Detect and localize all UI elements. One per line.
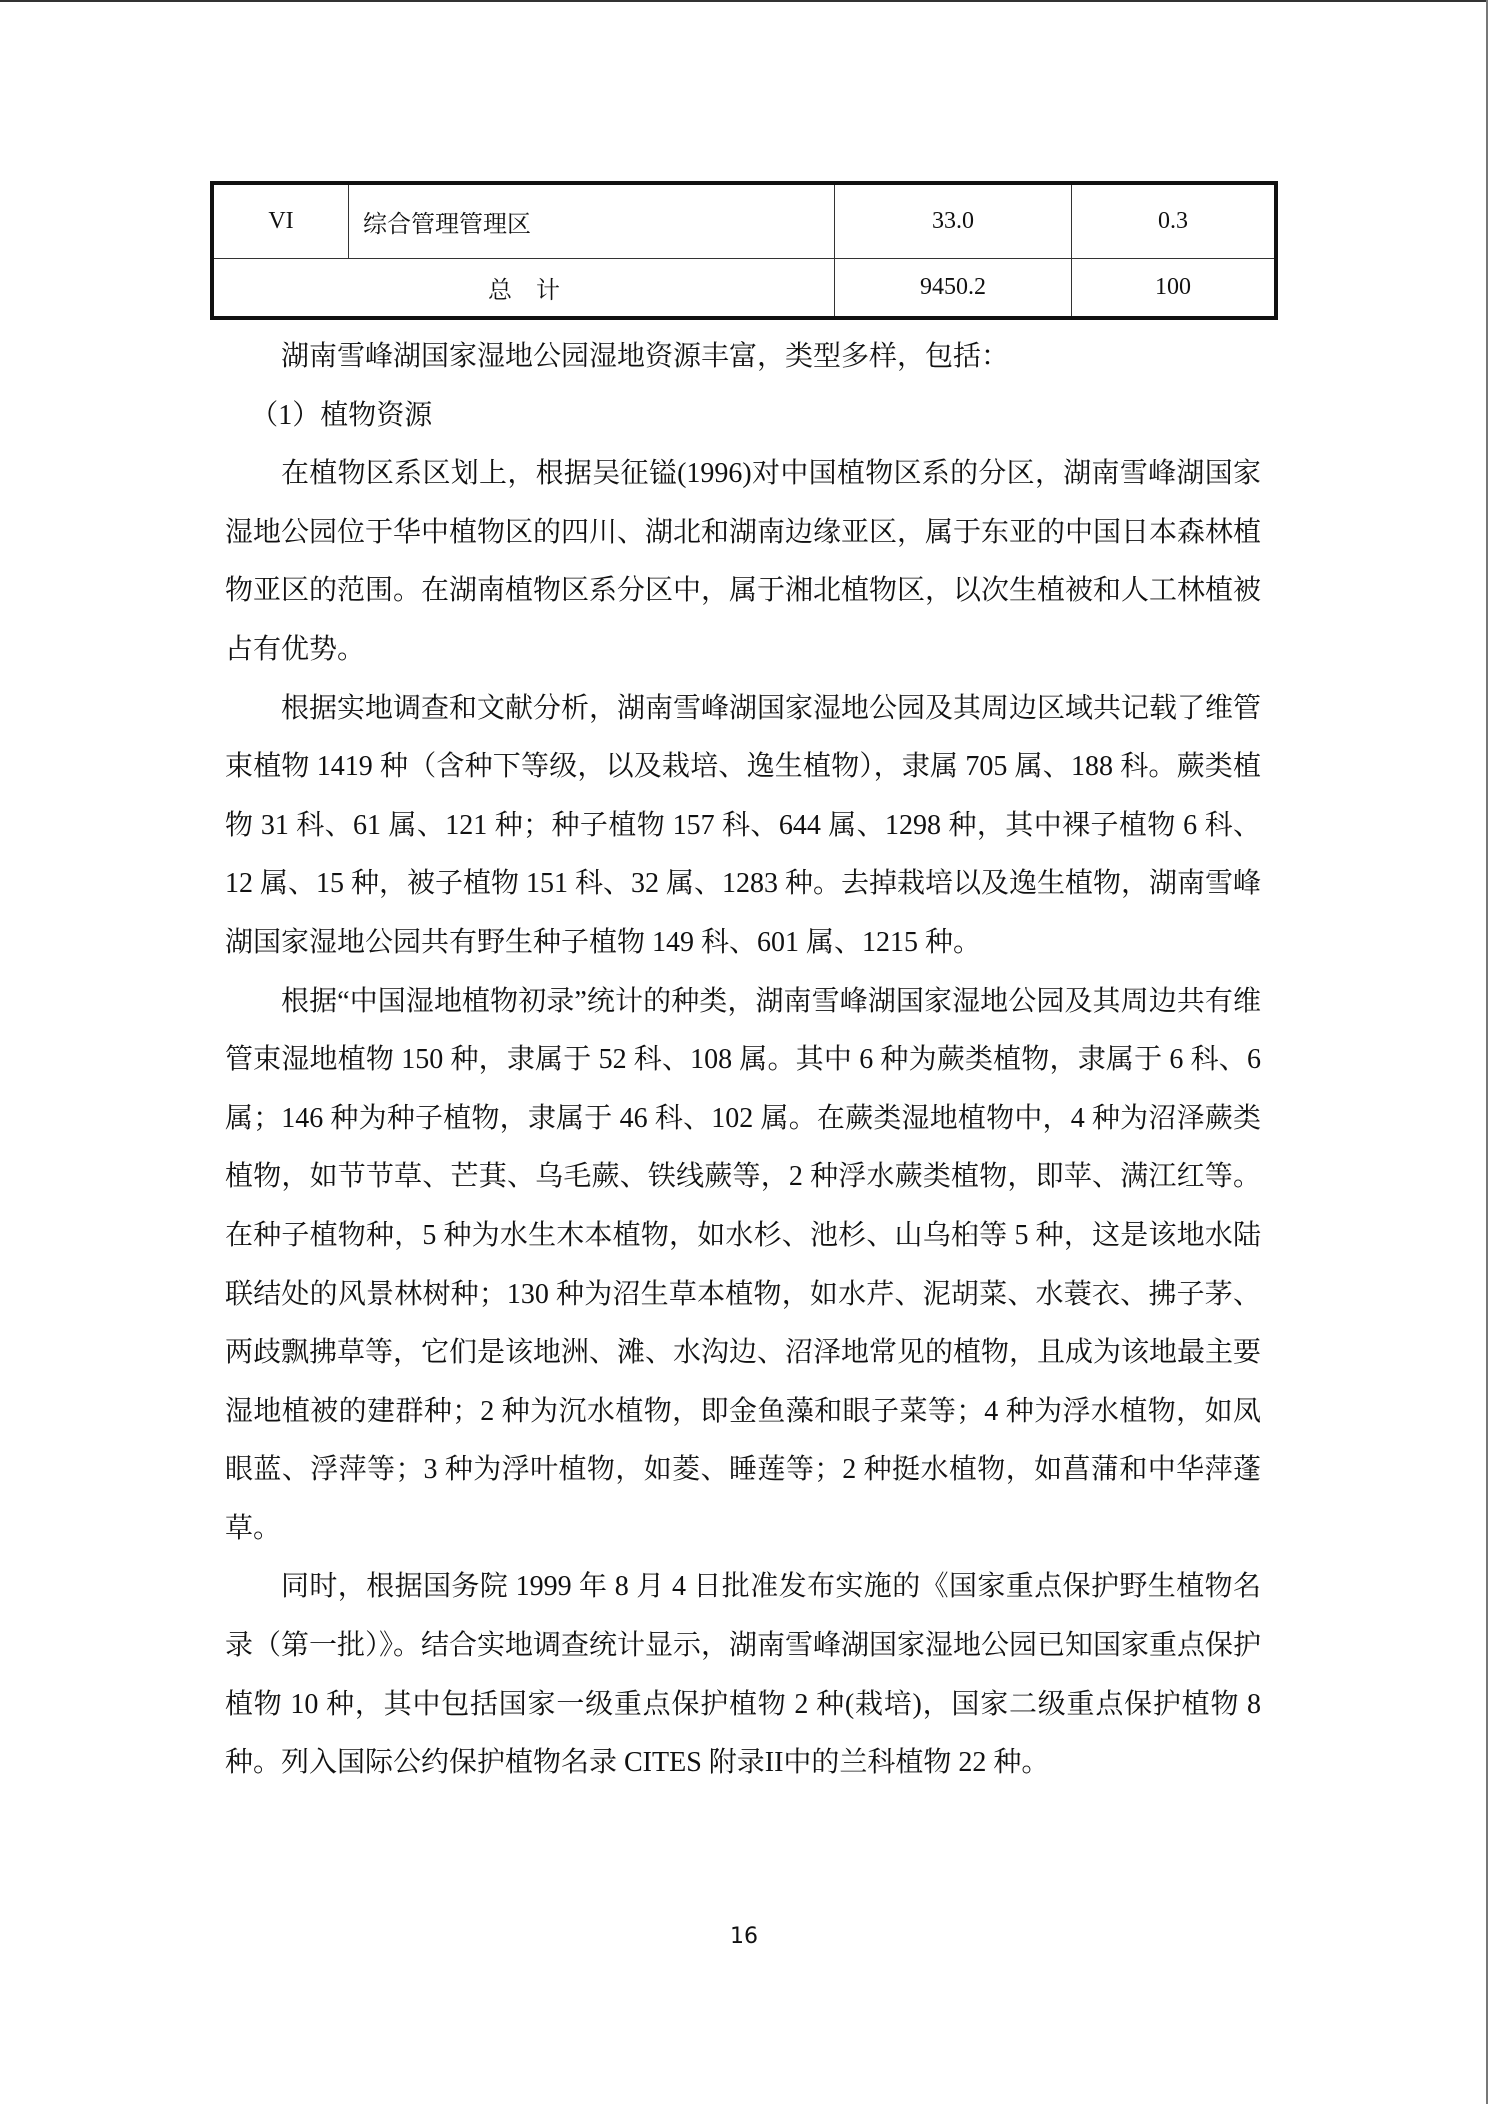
page-top-border	[0, 0, 1488, 2]
document-body: 湖南雪峰湖国家湿地公园湿地资源丰富，类型多样，包括： （1）植物资源 在植物区系…	[225, 328, 1261, 1793]
vascular-plants-paragraph: 根据实地调查和文献分析，湖南雪峰湖国家湿地公园及其周边区域共记载了维管束植物 1…	[225, 680, 1261, 973]
total-label-cell: 总 计	[212, 259, 835, 319]
total-percent-cell: 100	[1072, 259, 1277, 319]
functional-zone-area-table: VI 综合管理管理区 33.0 0.3 总 计 9450.2 100	[210, 181, 1278, 320]
zone-code-cell: VI	[212, 183, 349, 259]
section-heading-plant-resources: （1）植物资源	[225, 387, 1261, 446]
wetland-plants-paragraph: 根据“中国湿地植物初录”统计的种类，湖南雪峰湖国家湿地公园及其周边共有维管束湿地…	[225, 973, 1261, 1559]
intro-paragraph: 湖南雪峰湖国家湿地公园湿地资源丰富，类型多样，包括：	[225, 328, 1261, 387]
page-number: 16	[0, 1924, 1488, 1949]
flora-division-paragraph: 在植物区系区划上，根据吴征镒(1996)对中国植物区系的分区，湖南雪峰湖国家湿地…	[225, 445, 1261, 679]
zone-area-cell: 33.0	[835, 183, 1072, 259]
zone-percent-cell: 0.3	[1072, 183, 1277, 259]
zone-name-cell: 综合管理管理区	[349, 183, 835, 259]
table-row: VI 综合管理管理区 33.0 0.3	[212, 183, 1276, 259]
table-total-row: 总 计 9450.2 100	[212, 259, 1276, 319]
total-area-cell: 9450.2	[835, 259, 1072, 319]
protected-plants-paragraph: 同时，根据国务院 1999 年 8 月 4 日批准发布实施的《国家重点保护野生植…	[225, 1558, 1261, 1792]
